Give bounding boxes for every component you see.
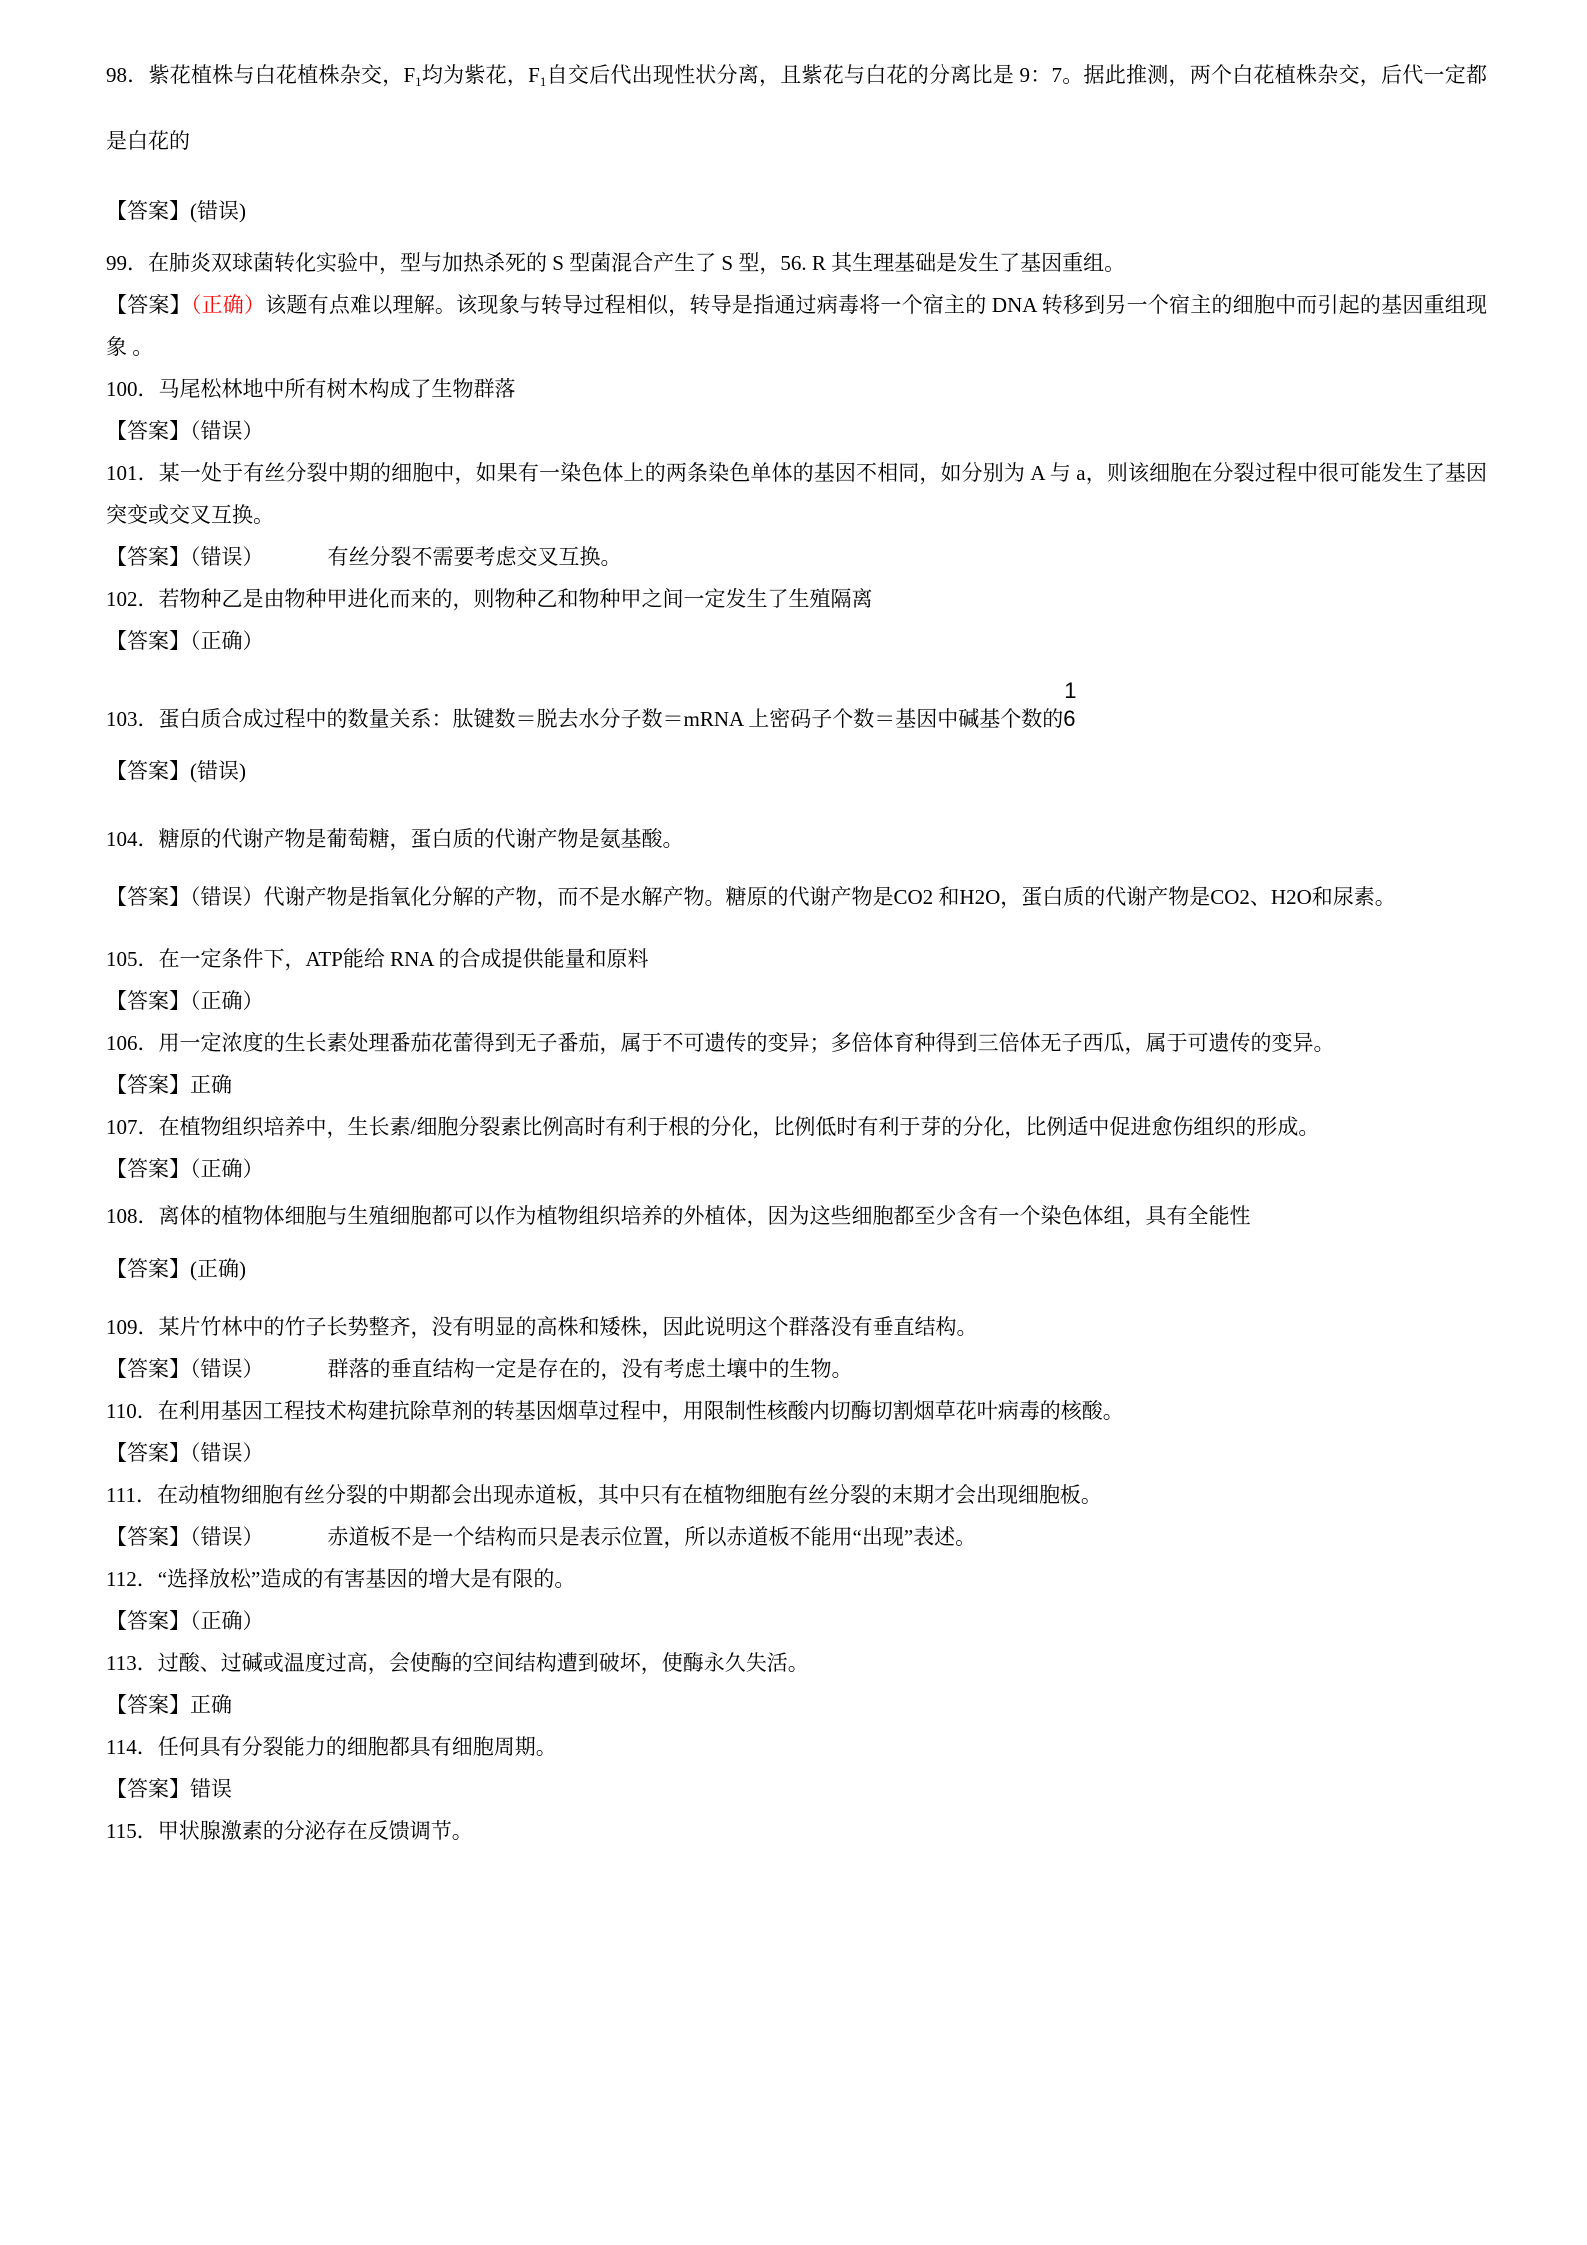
answer-104: 【答案】（错误）代谢产物是指氧化分解的产物，而不是水解产物。糖原的代谢产物是CO…: [106, 866, 1487, 928]
question-100: 100．马尾松林地中所有树木构成了生物群落: [106, 368, 1487, 410]
text-run: 108．离体的植物体细胞与生殖细胞都可以作为植物组织培养的外植体，因为这些细胞都…: [106, 1204, 1251, 1228]
text-run: 群落的垂直结构一定是存在的，没有考虑土壤中的生物。: [328, 1357, 853, 1381]
answer-106: 【答案】正确: [106, 1064, 1487, 1106]
text-run: 107．在植物组织培养中，生长素/细胞分裂素比例高时有利于根的分化，比例低时有利…: [106, 1115, 1319, 1139]
fraction-numerator: 1: [1064, 680, 1076, 702]
question-106: 106．用一定浓度的生长素处理番茄花蕾得到无子番茄，属于不可遗传的变异；多倍体育…: [106, 1022, 1487, 1064]
answer-111: 【答案】（错误）赤道板不是一个结构而只是表示位置，所以赤道板不能用“出现”表述。: [106, 1516, 1487, 1558]
question-108: 108．离体的植物体细胞与生殖细胞都可以作为植物组织培养的外植体，因为这些细胞都…: [106, 1190, 1487, 1242]
question-102: 102．若物种乙是由物种甲进化而来的，则物种乙和物种甲之间一定发生了生殖隔离: [106, 578, 1487, 620]
answer-100: 【答案】（错误）: [106, 410, 1487, 452]
text-run: 111．在动植物细胞有丝分裂的中期都会出现赤道板，其中只有在植物细胞有丝分裂的末…: [106, 1483, 1102, 1507]
question-110: 110．在利用基因工程技术构建抗除草剂的转基因烟草过程中，用限制性核酸内切酶切割…: [106, 1390, 1487, 1432]
document-body: 98．紫花植株与白花植株杂交，F1均为紫花，F1自交后代出现性状分离，且紫花与白…: [106, 42, 1487, 1852]
text-run: 【答案】正确: [106, 1073, 232, 1097]
text-run: 【答案】（错误）代谢产物是指氧化分解的产物，而不是水解产物。糖原的代谢产物是CO…: [106, 885, 1396, 909]
answer-108: 【答案】(正确): [106, 1248, 1487, 1290]
question-112: 112．“选择放松”造成的有害基因的增大是有限的。: [106, 1558, 1487, 1600]
text-run: 98．紫花植株与白花植株杂交，F: [106, 63, 415, 87]
text-run: 【答案】（正确）: [106, 1157, 264, 1181]
question-115: 115．甲状腺激素的分泌存在反馈调节。: [106, 1810, 1487, 1852]
text-run: 赤道板不是一个结构而只是表示位置，所以赤道板不能用“出现”表述。: [328, 1525, 977, 1549]
answer-112: 【答案】（正确）: [106, 1600, 1487, 1642]
question-98: 98．紫花植株与白花植株杂交，F1均为紫花，F1自交后代出现性状分离，且紫花与白…: [106, 42, 1487, 174]
question-113: 113．过酸、过碱或温度过高，会使酶的空间结构遭到破坏，使酶永久失活。: [106, 1642, 1487, 1684]
text-run: 有丝分裂不需要考虑交叉互换。: [328, 545, 622, 569]
text-run: 【答案】(正确): [106, 1257, 246, 1281]
text-run: 【答案】（正确）: [106, 1609, 264, 1633]
text-run: 105．在一定条件下，ATP能给 RNA 的合成提供能量和原料: [106, 947, 649, 971]
question-101: 101．某一处于有丝分裂中期的细胞中，如果有一染色体上的两条染色单体的基因不相同…: [106, 452, 1487, 536]
text-run: 【答案】（错误）: [106, 545, 264, 569]
question-111: 111．在动植物细胞有丝分裂的中期都会出现赤道板，其中只有在植物细胞有丝分裂的末…: [106, 1474, 1487, 1516]
question-109: 109．某片竹林中的竹子长势整齐，没有明显的高株和矮株，因此说明这个群落没有垂直…: [106, 1306, 1487, 1348]
text-run: 【答案】（正确）: [106, 629, 264, 653]
text-run: 【答案】（错误）: [106, 1441, 264, 1465]
answer-99: 【答案】（正确）该题有点难以理解。该现象与转导过程相似，转导是指通过病毒将一个宿…: [106, 284, 1487, 368]
text-run: 101．某一处于有丝分裂中期的细胞中，如果有一染色体上的两条染色单体的基因不相同…: [106, 461, 1487, 527]
text-run: 110．在利用基因工程技术构建抗除草剂的转基因烟草过程中，用限制性核酸内切酶切割…: [106, 1399, 1124, 1423]
text-run: 103．蛋白质合成过程中的数量关系：肽键数＝脱去水分子数＝mRNA 上密码子个数…: [106, 707, 1063, 731]
text-run: 【答案】错误: [106, 1777, 232, 1801]
text-run: 【答案】（错误）: [106, 419, 264, 443]
text-run: 106．用一定浓度的生长素处理番茄花蕾得到无子番茄，属于不可遗传的变异；多倍体育…: [106, 1031, 1335, 1055]
text-run: 【答案】（错误）: [106, 1357, 264, 1381]
text-run: 114．任何具有分裂能力的细胞都具有细胞周期。: [106, 1735, 557, 1759]
question-99: 99．在肺炎双球菌转化实验中，型与加热杀死的 S 型菌混合产生了 S 型，56.…: [106, 242, 1487, 284]
answer-103: 【答案】(错误): [106, 750, 1487, 792]
answer-110: 【答案】（错误）: [106, 1432, 1487, 1474]
text-run: 99．在肺炎双球菌转化实验中，型与加热杀死的 S 型菌混合产生了 S 型，56.…: [106, 251, 1125, 275]
text-run: 【答案】(错误): [106, 199, 246, 223]
answer-105: 【答案】（正确）: [106, 980, 1487, 1022]
answer-109: 【答案】（错误）群落的垂直结构一定是存在的，没有考虑土壤中的生物。: [106, 1348, 1487, 1390]
question-104: 104．糖原的代谢产物是葡萄糖，蛋白质的代谢产物是氨基酸。: [106, 818, 1487, 860]
text-run: 104．糖原的代谢产物是葡萄糖，蛋白质的代谢产物是氨基酸。: [106, 827, 684, 851]
question-114: 114．任何具有分裂能力的细胞都具有细胞周期。: [106, 1726, 1487, 1768]
answer-verdict-red: （正确）: [191, 293, 265, 317]
answer-98: 【答案】(错误): [106, 190, 1487, 232]
answer-114: 【答案】错误: [106, 1768, 1487, 1810]
text-run: 100．马尾松林地中所有树木构成了生物群落: [106, 377, 516, 401]
text-run: 【答案】（正确）: [106, 989, 264, 1013]
fraction: 16: [1063, 708, 1075, 730]
text-run: 【答案】（错误）: [106, 1525, 264, 1549]
text-run: 该题有点难以理解。该现象与转导过程相似，转导是指通过病毒将一个宿主的 DNA 转…: [106, 293, 1487, 359]
document-page: 98．紫花植株与白花植株杂交，F1均为紫花，F1自交后代出现性状分离，且紫花与白…: [0, 0, 1587, 2245]
fraction-denominator: 6: [1063, 706, 1075, 731]
text-run: 【答案】正确: [106, 1693, 232, 1717]
question-107: 107．在植物组织培养中，生长素/细胞分裂素比例高时有利于根的分化，比例低时有利…: [106, 1106, 1487, 1148]
text-run: 均为紫花，F: [422, 63, 540, 87]
question-105: 105．在一定条件下，ATP能给 RNA 的合成提供能量和原料: [106, 938, 1487, 980]
text-run: 113．过酸、过碱或温度过高，会使酶的空间结构遭到破坏，使酶永久失活。: [106, 1651, 809, 1675]
text-run: 115．甲状腺激素的分泌存在反馈调节。: [106, 1819, 473, 1843]
text-run: 【答案】: [106, 293, 191, 317]
answer-107: 【答案】（正确）: [106, 1148, 1487, 1190]
text-run: 102．若物种乙是由物种甲进化而来的，则物种乙和物种甲之间一定发生了生殖隔离: [106, 587, 873, 611]
text-run: 112．“选择放松”造成的有害基因的增大是有限的。: [106, 1567, 575, 1591]
text-run: 【答案】(错误): [106, 759, 246, 783]
question-103: 103．蛋白质合成过程中的数量关系：肽键数＝脱去水分子数＝mRNA 上密码子个数…: [106, 698, 1487, 740]
answer-102: 【答案】（正确）: [106, 620, 1487, 662]
text-run: 109．某片竹林中的竹子长势整齐，没有明显的高株和矮株，因此说明这个群落没有垂直…: [106, 1315, 978, 1339]
answer-113: 【答案】正确: [106, 1684, 1487, 1726]
answer-101: 【答案】（错误）有丝分裂不需要考虑交叉互换。: [106, 536, 1487, 578]
